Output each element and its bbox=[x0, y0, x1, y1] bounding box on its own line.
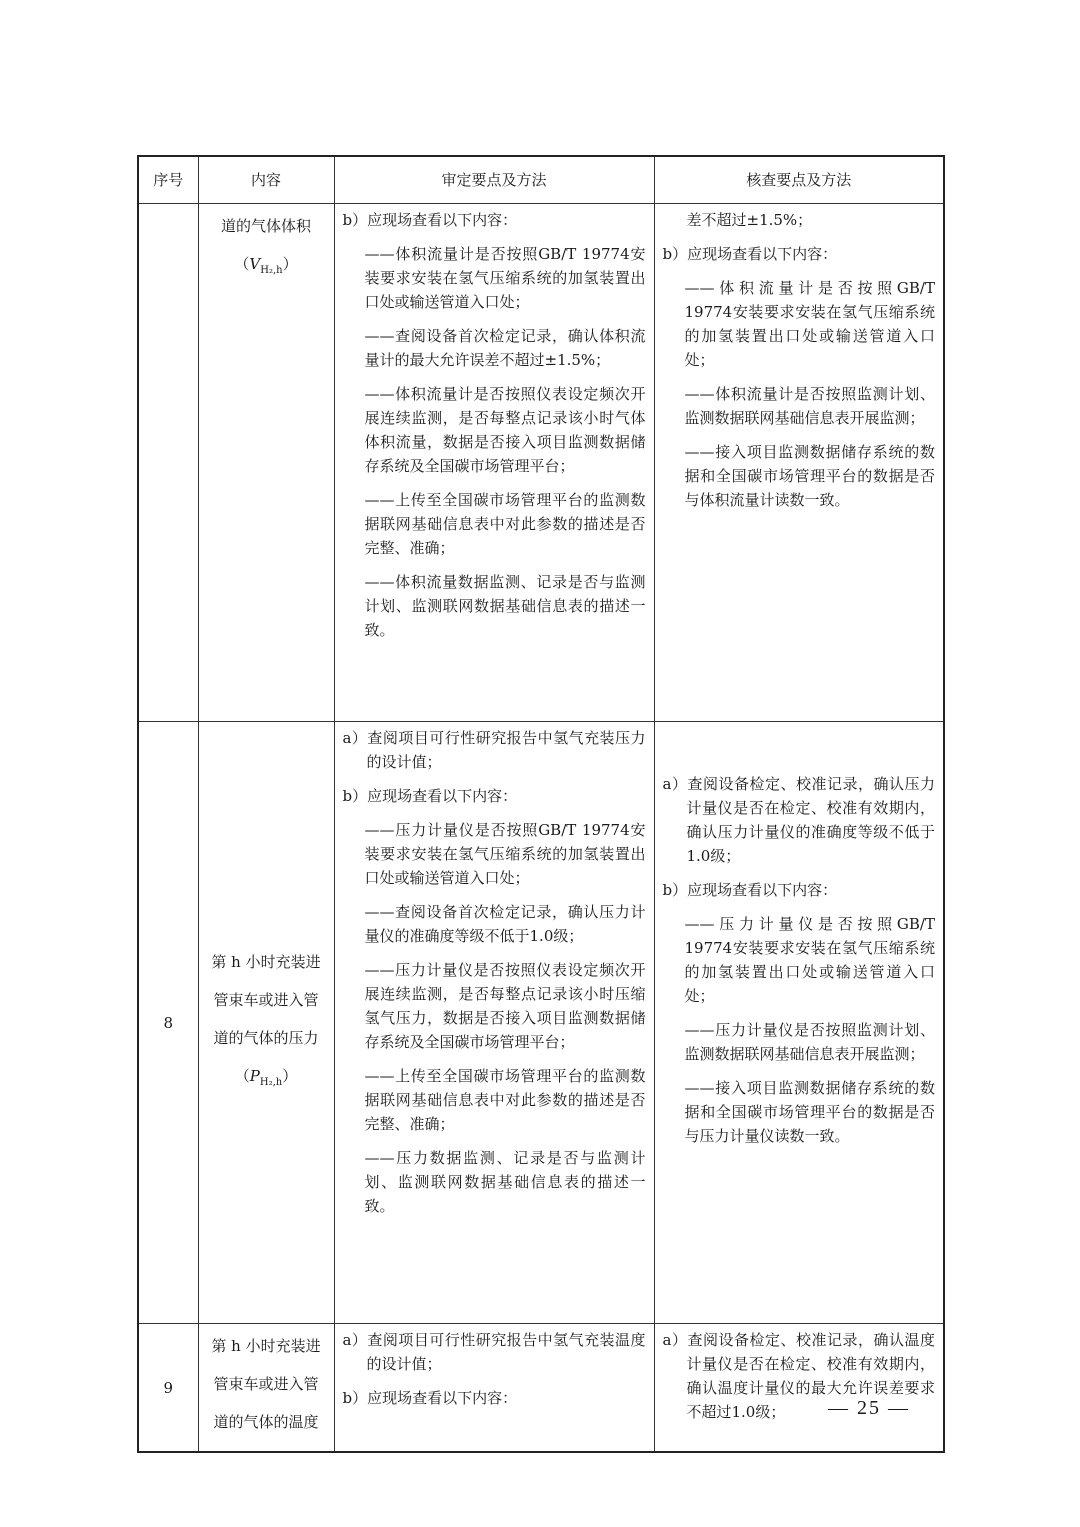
validation-subitem: ——查阅设备首次检定记录，确认体积流量计的最大允许误差不超过±1.5%； bbox=[343, 324, 646, 372]
validation-subitem: ——体积流量计是否按照仪表设定频次开展连续监测，是否每整点记录该小时气体体积流量… bbox=[343, 382, 646, 478]
row-content: 第 h 小时充装进 管束车或进入管 道的气体的温度 bbox=[198, 1324, 334, 1453]
row-number: 9 bbox=[138, 1324, 198, 1453]
content-line: 第 h 小时充装进 bbox=[199, 1330, 334, 1362]
validation-item: b）应现场查看以下内容： bbox=[343, 784, 646, 808]
verification-cell: a）查阅设备检定、校准记录，确认压力计量仪是否在检定、校准有效期内，确认压力计量… bbox=[654, 722, 944, 1324]
validation-subitem: ——体积流量计是否按照GB/T 19774安装要求安装在氢气压缩系统的加氢装置出… bbox=[343, 242, 646, 314]
content-line: 第 h 小时充装进 bbox=[199, 946, 334, 978]
header-verification: 核查要点及方法 bbox=[654, 156, 944, 204]
validation-item: b）应现场查看以下内容： bbox=[343, 1386, 646, 1410]
row-number: 8 bbox=[138, 722, 198, 1324]
validation-subitem: ——查阅设备首次检定记录，确认压力计量仪的准确度等级不低于1.0级； bbox=[343, 900, 646, 948]
content-symbol: （VH₂,h） bbox=[199, 248, 334, 287]
content-symbol: （PH₂,h） bbox=[199, 1060, 334, 1099]
table-header-row: 序号 内容 审定要点及方法 核查要点及方法 bbox=[138, 156, 944, 204]
row-content: 第 h 小时充装进 管束车或进入管 道的气体的压力 （PH₂,h） bbox=[198, 722, 334, 1324]
validation-cell: a）查阅项目可行性研究报告中氢气充装温度的设计值； b）应现场查看以下内容： bbox=[334, 1324, 654, 1453]
row-content: 道的气体体积 （VH₂,h） bbox=[198, 204, 334, 722]
page-number: — 25 — bbox=[828, 1397, 910, 1420]
validation-cell: b）应现场查看以下内容： ——体积流量计是否按照GB/T 19774安装要求安装… bbox=[334, 204, 654, 722]
validation-item: a）查阅项目可行性研究报告中氢气充装温度的设计值； bbox=[343, 1328, 646, 1376]
verification-subitem: ——体积流量计是否按照GB/T 19774安装要求安装在氢气压缩系统的加氢装置出… bbox=[663, 276, 936, 372]
verification-subitem: ——压力计量仪是否按照GB/T 19774安装要求安装在氢气压缩系统的加氢装置出… bbox=[663, 912, 936, 1008]
validation-subitem: ——体积流量数据监测、记录是否与监测计划、监测联网数据基础信息表的描述一致。 bbox=[343, 570, 646, 642]
table-row: 9 第 h 小时充装进 管束车或进入管 道的气体的温度 a）查阅项目可行性研究报… bbox=[138, 1324, 944, 1453]
validation-subitem: ——压力数据监测、记录是否与监测计划、监测联网数据基础信息表的描述一致。 bbox=[343, 1146, 646, 1218]
table-row: 道的气体体积 （VH₂,h） b）应现场查看以下内容： ——体积流量计是否按照G… bbox=[138, 204, 944, 722]
header-content: 内容 bbox=[198, 156, 334, 204]
content-line: 管束车或进入管 bbox=[199, 1368, 334, 1400]
table-row: 8 第 h 小时充装进 管束车或进入管 道的气体的压力 （PH₂,h） a）查阅… bbox=[138, 722, 944, 1324]
content-line: 道的气体体积 bbox=[199, 210, 334, 242]
validation-item: a）查阅项目可行性研究报告中氢气充装压力的设计值； bbox=[343, 726, 646, 774]
audit-table: 序号 内容 审定要点及方法 核查要点及方法 道的气体体积 （VH₂,h） b）应… bbox=[137, 155, 945, 1453]
content-line: 道的气体的温度 bbox=[199, 1406, 334, 1438]
verification-subitem: ——接入项目监测数据储存系统的数据和全国碳市场管理平台的数据是否与压力计量仪读数… bbox=[663, 1076, 936, 1148]
verification-cell: a）查阅设备检定、校准记录，确认温度计量仪是否在检定、校准有效期内，确认温度计量… bbox=[654, 1324, 944, 1453]
verification-item: b）应现场查看以下内容： bbox=[663, 242, 936, 266]
validation-subitem: ——上传至全国碳市场管理平台的监测数据联网基础信息表中对此参数的描述是否完整、准… bbox=[343, 488, 646, 560]
validation-subitem: ——压力计量仪是否按照GB/T 19774安装要求安装在氢气压缩系统的加氢装置出… bbox=[343, 818, 646, 890]
verification-item: a）查阅设备检定、校准记录，确认压力计量仪是否在检定、校准有效期内，确认压力计量… bbox=[663, 772, 936, 868]
validation-subitem: ——压力计量仪是否按照仪表设定频次开展连续监测，是否每整点记录该小时压缩氢气压力… bbox=[343, 958, 646, 1054]
verification-subitem: ——接入项目监测数据储存系统的数据和全国碳市场管理平台的数据是否与体积流量计读数… bbox=[663, 440, 936, 512]
content-line: 管束车或进入管 bbox=[199, 984, 334, 1016]
header-validation: 审定要点及方法 bbox=[334, 156, 654, 204]
validation-cell: a）查阅项目可行性研究报告中氢气充装压力的设计值； b）应现场查看以下内容： —… bbox=[334, 722, 654, 1324]
content-line: 道的气体的压力 bbox=[199, 1022, 334, 1054]
row-number bbox=[138, 204, 198, 722]
header-number: 序号 bbox=[138, 156, 198, 204]
verification-subitem: ——压力计量仪是否按照监测计划、监测数据联网基础信息表开展监测； bbox=[663, 1018, 936, 1066]
verification-item: b）应现场查看以下内容： bbox=[663, 878, 936, 902]
validation-item: b）应现场查看以下内容： bbox=[343, 208, 646, 232]
verification-continuation: 差不超过±1.5%； bbox=[663, 208, 936, 232]
verification-cell: 差不超过±1.5%； b）应现场查看以下内容： ——体积流量计是否按照GB/T … bbox=[654, 204, 944, 722]
validation-subitem: ——上传至全国碳市场管理平台的监测数据联网基础信息表中对此参数的描述是否完整、准… bbox=[343, 1064, 646, 1136]
verification-subitem: ——体积流量计是否按照监测计划、监测数据联网基础信息表开展监测； bbox=[663, 382, 936, 430]
